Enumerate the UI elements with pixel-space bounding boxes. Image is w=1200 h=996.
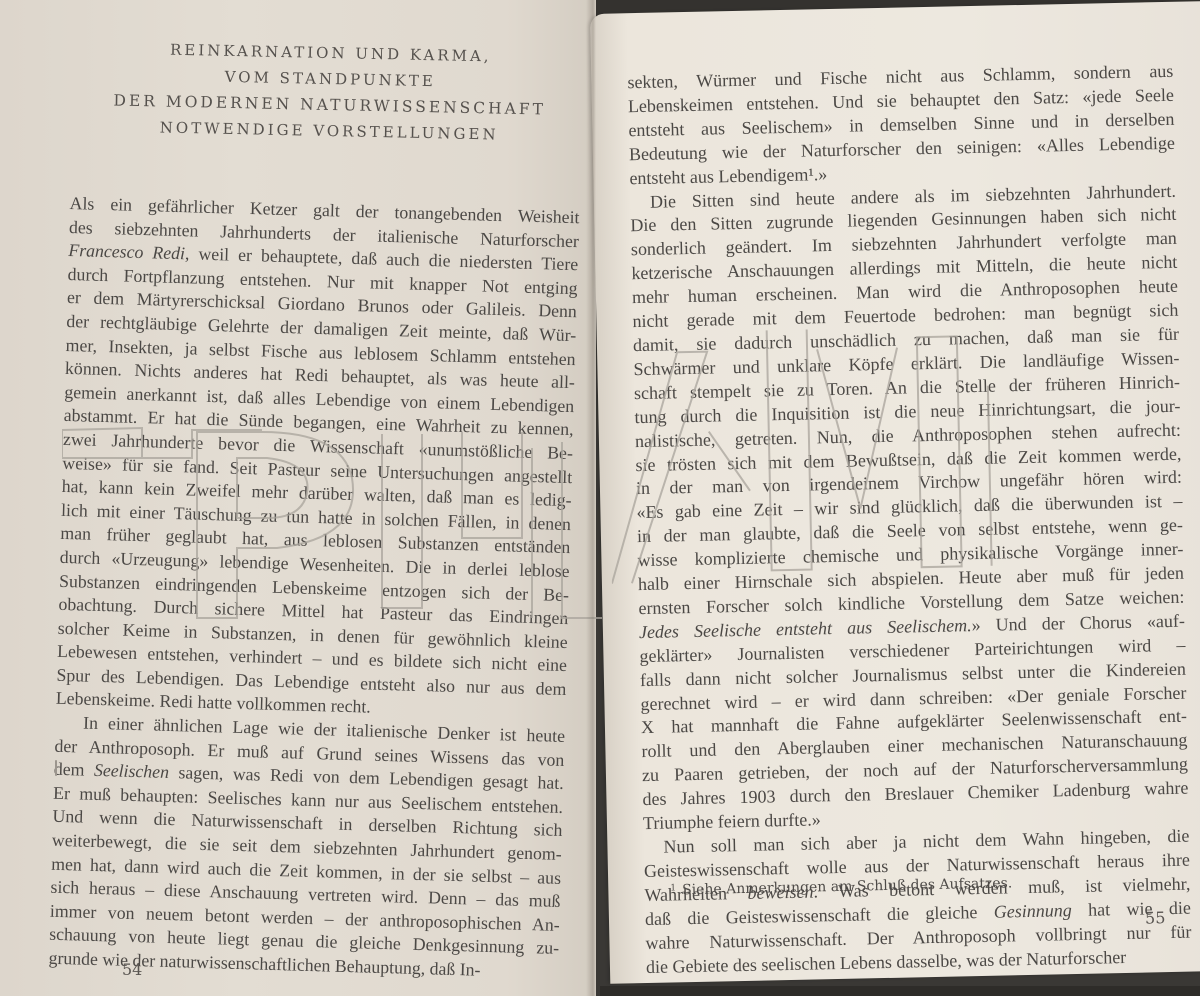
left-page: Reinkarnation und Karma, vom Standpunkte… [0,0,596,996]
page-number-right: 55 [1145,908,1166,927]
stray-pencil-mark [55,760,57,776]
footnote-marker: 1 [670,883,676,893]
book-gutter [586,0,596,996]
right-page: sekten, Würmer und Fische nicht aus Schl… [590,1,1200,984]
background-edge-bottom [600,986,1200,996]
page-number-left: 54 [122,960,142,979]
left-page-body-text: Als ein gefährlicher Ketzer galt der ton… [48,192,580,985]
book-spread: Reinkarnation und Karma, vom Standpunkte… [0,0,1200,996]
chapter-title: Reinkarnation und Karma, vom Standpunkte… [99,35,561,149]
right-page-body-text: sekten, Würmer und Fische nicht aus Schl… [627,60,1192,980]
